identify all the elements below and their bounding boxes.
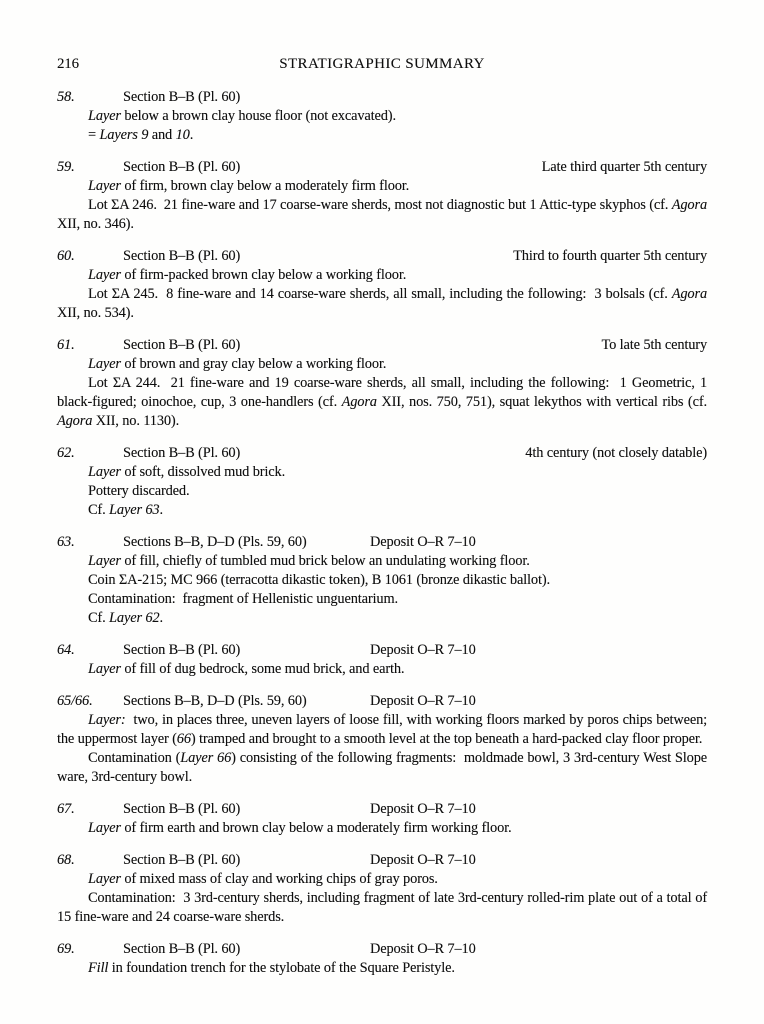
entry-number: 65/66. (57, 692, 123, 711)
entry-paragraph: Cf. Layer 62. (57, 609, 707, 628)
entry: 69.Section B–B (Pl. 60) Deposit O–R 7–10… (57, 940, 707, 978)
entry-paragraph: Layer of firm earth and brown clay below… (57, 819, 707, 838)
entry-paragraph: Layer of firm-packed brown clay below a … (57, 266, 707, 285)
entry-paragraph: Layer of mixed mass of clay and working … (57, 870, 707, 889)
entry-body: Layer of fill of dug bedrock, some mud b… (57, 660, 707, 679)
entry-header: 61.Section B–B (Pl. 60) To late 5th cent… (57, 336, 707, 355)
entry-number: 67. (57, 800, 123, 819)
entry: 68.Section B–B (Pl. 60) Deposit O–R 7–10… (57, 851, 707, 927)
entry-paragraph: = Layers 9 and 10. (57, 126, 707, 145)
entry-section: Section B–B (Pl. 60) (123, 248, 240, 264)
entry-number: 62. (57, 444, 123, 463)
entry-paragraph: Contamination: 3 3rd-century sherds, inc… (57, 889, 707, 927)
entry-deposit: Deposit O–R 7–10 (370, 851, 476, 870)
entry-number: 69. (57, 940, 123, 959)
entry-date: 4th century (not closely datable) (525, 444, 707, 463)
entry-paragraph: Layer of brown and gray clay below a wor… (57, 355, 707, 374)
entry-body: Layer below a brown clay house floor (no… (57, 107, 707, 145)
entry-section: Section B–B (Pl. 60) (123, 941, 240, 957)
entry-paragraph: Fill in foundation trench for the stylob… (57, 959, 707, 978)
entry-number: 68. (57, 851, 123, 870)
entry: 67.Section B–B (Pl. 60) Deposit O–R 7–10… (57, 800, 707, 838)
entry-number: 58. (57, 88, 123, 107)
entry-header: 62.Section B–B (Pl. 60) 4th century (not… (57, 444, 707, 463)
entry-paragraph: Contamination: fragment of Hellenistic u… (57, 590, 707, 609)
entry-header: 69.Section B–B (Pl. 60) Deposit O–R 7–10 (57, 940, 707, 959)
entry-header: 65/66.Sections B–B, D–D (Pls. 59, 60) De… (57, 692, 707, 711)
entry-paragraph: Layer of fill, chiefly of tumbled mud br… (57, 552, 707, 571)
entry-body: Fill in foundation trench for the stylob… (57, 959, 707, 978)
entry-paragraph: Layer of fill of dug bedrock, some mud b… (57, 660, 707, 679)
entry-paragraph: Lot ΣA 244. 21 fine-ware and 19 coarse-w… (57, 374, 707, 431)
entry-section: Section B–B (Pl. 60) (123, 89, 240, 105)
entry-number: 63. (57, 533, 123, 552)
entry-section: Section B–B (Pl. 60) (123, 852, 240, 868)
entry-deposit: Deposit O–R 7–10 (370, 692, 476, 711)
entry-body: Layer of firm, brown clay below a modera… (57, 177, 707, 234)
entry-paragraph: Layer: two, in places three, uneven laye… (57, 711, 707, 749)
entry-paragraph: Contamination (Layer 66) consisting of t… (57, 749, 707, 787)
document-page: 216 STRATIGRAPHIC SUMMARY 58.Section B–B… (0, 0, 764, 1024)
entry: 58.Section B–B (Pl. 60) Layer below a br… (57, 88, 707, 145)
entry-header: 60.Section B–B (Pl. 60) Third to fourth … (57, 247, 707, 266)
entry-paragraph: Layer of soft, dissolved mud brick. (57, 463, 707, 482)
entry-paragraph: Pottery discarded. (57, 482, 707, 501)
entry-paragraph: Layer below a brown clay house floor (no… (57, 107, 707, 126)
entry-deposit: Deposit O–R 7–10 (370, 641, 476, 660)
entry-header: 59.Section B–B (Pl. 60) Late third quart… (57, 158, 707, 177)
entry-body: Layer: two, in places three, uneven laye… (57, 711, 707, 787)
entry-deposit: Deposit O–R 7–10 (370, 533, 476, 552)
entry-body: Layer of soft, dissolved mud brick.Potte… (57, 463, 707, 520)
entries: 58.Section B–B (Pl. 60) Layer below a br… (57, 88, 707, 978)
entry-number: 59. (57, 158, 123, 177)
entry: 62.Section B–B (Pl. 60) 4th century (not… (57, 444, 707, 520)
entry-header: 63.Sections B–B, D–D (Pls. 59, 60) Depos… (57, 533, 707, 552)
entry-section: Sections B–B, D–D (Pls. 59, 60) (123, 693, 307, 709)
entry-number: 60. (57, 247, 123, 266)
entry-section: Section B–B (Pl. 60) (123, 337, 240, 353)
entry-body: Layer of firm earth and brown clay below… (57, 819, 707, 838)
entry-body: Layer of mixed mass of clay and working … (57, 870, 707, 927)
entry-paragraph: Coin ΣA-215; MC 966 (terracotta dikastic… (57, 571, 707, 590)
entry: 65/66.Sections B–B, D–D (Pls. 59, 60) De… (57, 692, 707, 787)
entry-paragraph: Cf. Layer 63. (57, 501, 707, 520)
entry-header: 68.Section B–B (Pl. 60) Deposit O–R 7–10 (57, 851, 707, 870)
entry-section: Section B–B (Pl. 60) (123, 801, 240, 817)
entry-section: Section B–B (Pl. 60) (123, 159, 240, 175)
entry-number: 61. (57, 336, 123, 355)
entry-number: 64. (57, 641, 123, 660)
entry-header: 64.Section B–B (Pl. 60) Deposit O–R 7–10 (57, 641, 707, 660)
entry: 59.Section B–B (Pl. 60) Late third quart… (57, 158, 707, 234)
entry-header: 67.Section B–B (Pl. 60) Deposit O–R 7–10 (57, 800, 707, 819)
entry-body: Layer of fill, chiefly of tumbled mud br… (57, 552, 707, 628)
entry: 64.Section B–B (Pl. 60) Deposit O–R 7–10… (57, 641, 707, 679)
entry-header: 58.Section B–B (Pl. 60) (57, 88, 707, 107)
entry-paragraph: Layer of firm, brown clay below a modera… (57, 177, 707, 196)
entry: 61.Section B–B (Pl. 60) To late 5th cent… (57, 336, 707, 431)
entry-body: Layer of brown and gray clay below a wor… (57, 355, 707, 431)
entry: 60.Section B–B (Pl. 60) Third to fourth … (57, 247, 707, 323)
entry-date: Late third quarter 5th century (542, 158, 707, 177)
entry-date: Third to fourth quarter 5th century (513, 247, 707, 266)
page-number: 216 (57, 55, 79, 74)
page-header: 216 STRATIGRAPHIC SUMMARY (57, 55, 707, 74)
entry-paragraph: Lot ΣA 246. 21 fine-ware and 17 coarse-w… (57, 196, 707, 234)
entry: 63.Sections B–B, D–D (Pls. 59, 60) Depos… (57, 533, 707, 628)
page-title: STRATIGRAPHIC SUMMARY (279, 56, 485, 72)
entry-section: Section B–B (Pl. 60) (123, 642, 240, 658)
entry-date: To late 5th century (602, 336, 707, 355)
entry-body: Layer of firm-packed brown clay below a … (57, 266, 707, 323)
entry-paragraph: Lot ΣA 245. 8 fine-ware and 14 coarse-wa… (57, 285, 707, 323)
entry-section: Sections B–B, D–D (Pls. 59, 60) (123, 534, 307, 550)
entry-deposit: Deposit O–R 7–10 (370, 940, 476, 959)
entry-deposit: Deposit O–R 7–10 (370, 800, 476, 819)
entry-section: Section B–B (Pl. 60) (123, 445, 240, 461)
